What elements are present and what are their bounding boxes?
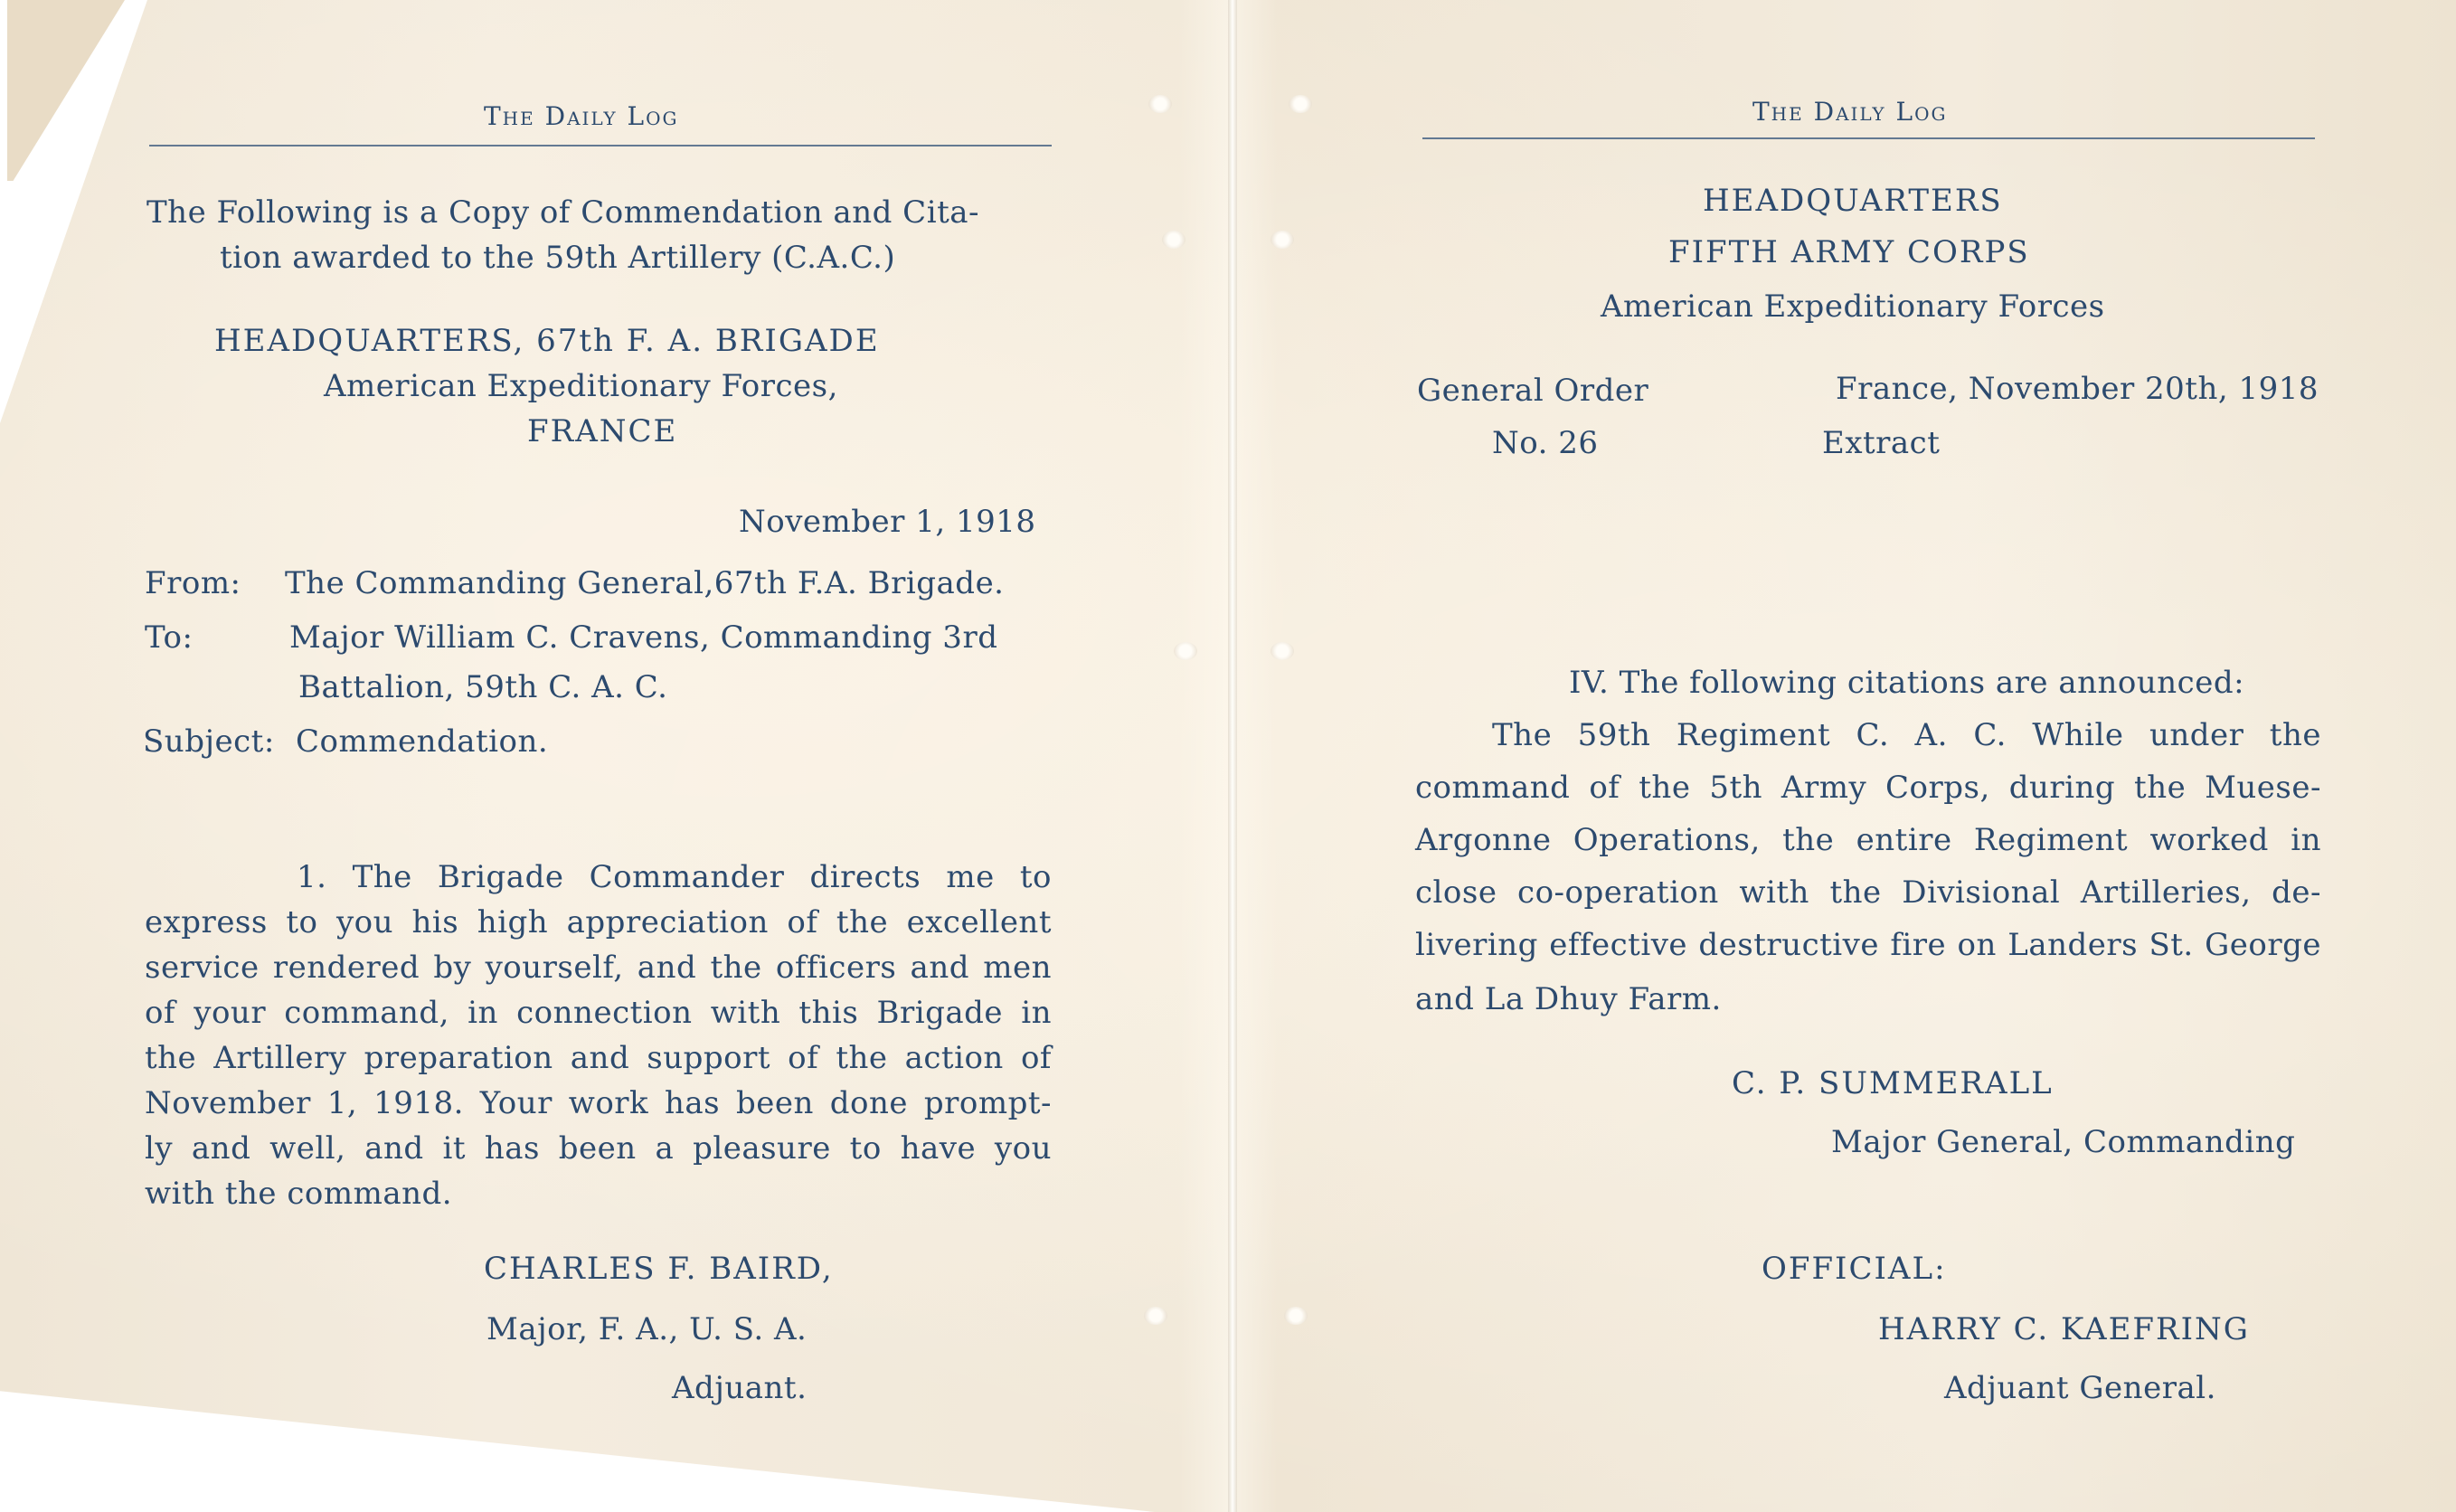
body-line: service rendered by yourself, and the of…: [145, 952, 1052, 983]
body-line: The 59th Regiment C. A. C. While under t…: [1492, 720, 2321, 751]
body-line: express to you his high appreciation of …: [145, 907, 1052, 938]
staple-hole-icon: [1174, 642, 1197, 660]
scanned-document: The Daily Log The Following is a Copy of…: [0, 0, 2456, 1512]
body-line: ly and well, and it has been a pleasure …: [145, 1133, 1052, 1164]
header-rule: [1422, 137, 2315, 139]
staple-hole-icon: [1271, 642, 1294, 660]
staple-hole-icon: [1162, 231, 1185, 249]
staple-hole-icon: [1284, 1307, 1308, 1325]
signature-rank: Major, F. A., U. S. A.: [486, 1314, 807, 1345]
section-heading: IV. The following citations are announce…: [1569, 667, 2321, 698]
letterhead-line-2: American Expeditionary Forces,: [324, 371, 838, 402]
signature-name: CHARLES F. BAIRD,: [484, 1253, 834, 1284]
body-line: with the command.: [145, 1178, 452, 1209]
to-value-line-1: Major William C. Cravens, Commanding 3rd: [289, 622, 997, 653]
from-label: From:: [145, 568, 241, 599]
signature-name: C. P. SUMMERALL: [1732, 1068, 2054, 1099]
running-header: The Daily Log: [1752, 99, 1947, 125]
staple-hole-icon: [1289, 95, 1312, 113]
letter-date: November 1, 1918: [739, 506, 1036, 537]
to-label: To:: [145, 622, 193, 653]
body-line: the Artillery preparation and support of…: [145, 1043, 1052, 1073]
letterhead-line-3: FRANCE: [527, 416, 677, 447]
body-line: close co-operation with the Divisional A…: [1415, 877, 2321, 908]
place-and-date: France, November 20th, 1918: [1836, 373, 2319, 404]
to-value-line-2: Battalion, 59th C. A. C.: [298, 672, 667, 703]
body-line: command of the 5th Army Corps, during th…: [1415, 772, 2321, 803]
official-label: OFFICIAL:: [1762, 1253, 1947, 1284]
letterhead-line-1: HEADQUARTERS: [1703, 185, 2003, 216]
body-line: and La Dhuy Farm.: [1415, 984, 1722, 1015]
signature-title: Major General, Commanding: [1831, 1127, 2295, 1158]
subject-label: Subject:: [143, 726, 275, 757]
subject-value: Commendation.: [296, 726, 548, 757]
staple-hole-icon: [1144, 1307, 1167, 1325]
body-line: livering effective destructive fire on L…: [1415, 930, 2321, 960]
letterhead-line-1: HEADQUARTERS, 67th F. A. BRIGADE: [214, 326, 880, 356]
official-title: Adjuant General.: [1944, 1373, 2216, 1403]
staple-hole-icon: [1271, 231, 1294, 249]
intro-line-2: tion awarded to the 59th Artillery (C.A.…: [220, 242, 895, 273]
body-line: 1. The Brigade Commander directs me to: [297, 862, 1052, 893]
signature-title: Adjuant.: [672, 1373, 807, 1403]
official-name: HARRY C. KAEFRING: [1878, 1314, 2250, 1345]
from-value: The Commanding General,67th F.A. Brigade…: [285, 568, 1005, 599]
running-header: The Daily Log: [484, 104, 678, 129]
body-line: of your command, in connection with this…: [145, 997, 1052, 1028]
extract-label: Extract: [1822, 428, 1940, 458]
body-line: Argonne Operations, the entire Regiment …: [1415, 825, 2321, 855]
staple-hole-icon: [1148, 95, 1172, 113]
intro-line-1: The Following is a Copy of Commendation …: [146, 197, 979, 228]
letterhead-line-3: American Expeditionary Forces: [1601, 291, 2105, 322]
header-rule: [149, 145, 1052, 146]
center-fold: [1228, 0, 1237, 1512]
order-number: No. 26: [1492, 428, 1599, 458]
body-line: November 1, 1918. Your work has been don…: [145, 1088, 1052, 1119]
letterhead-line-2: FIFTH ARMY CORPS: [1668, 237, 2030, 268]
general-order-label: General Order: [1417, 375, 1648, 406]
